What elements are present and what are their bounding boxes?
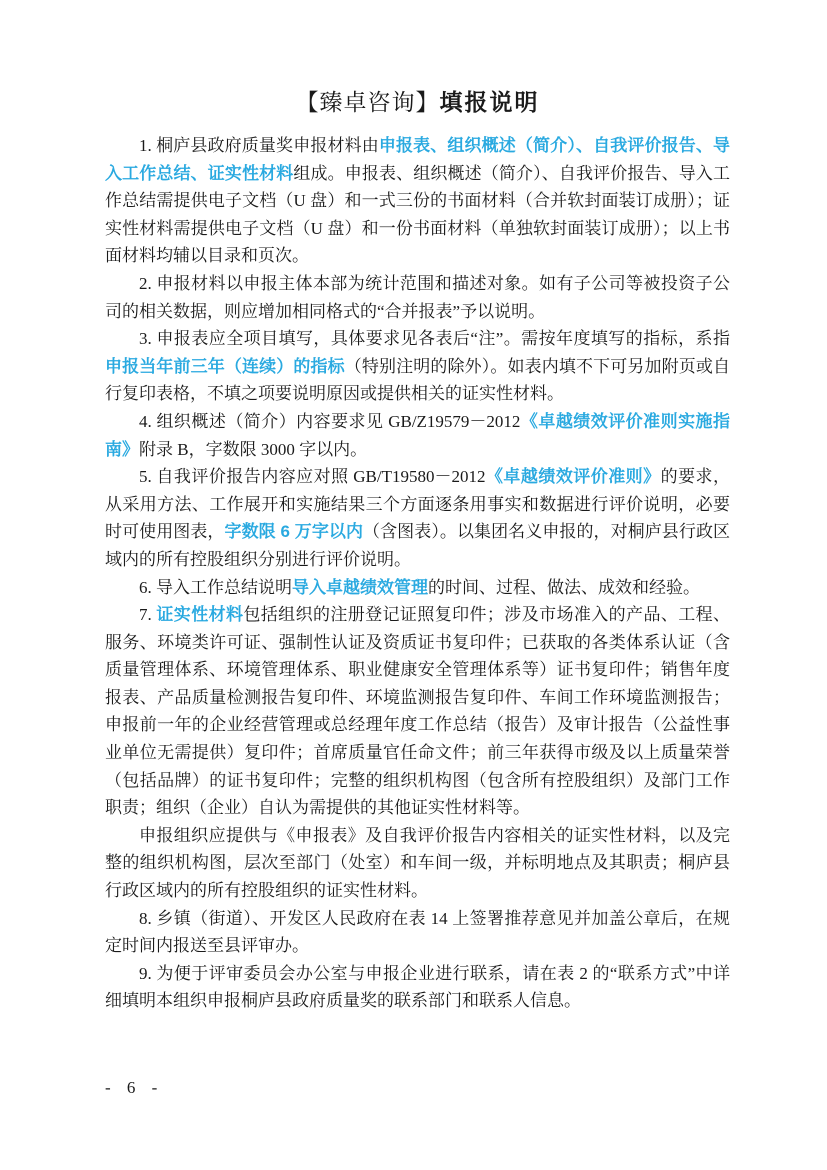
body-text: 4. 组织概述（简介）内容要求见 GB/Z19579－2012 <box>139 412 520 431</box>
body-text: 5. 自我评价报告内容应对照 GB/T19580－2012 <box>139 467 486 486</box>
highlighted-text: 字数限 6 万字以内 <box>225 522 364 541</box>
body-text: 的时间、过程、做法、成效和经验。 <box>428 578 700 597</box>
body-text: 6. 导入工作总结说明 <box>139 578 292 597</box>
page-number: - 6 - <box>105 1078 163 1098</box>
body-text: 8. 乡镇（街道）、开发区人民政府在表 14 上签署推荐意见并加盖公章后，在规定… <box>105 909 730 956</box>
paragraph: 8. 乡镇（街道）、开发区人民政府在表 14 上签署推荐意见并加盖公章后，在规定… <box>105 905 730 960</box>
document-page: 【臻卓咨询】填报说明 1. 桐庐县政府质量奖申报材料由申报表、组织概述（简介）、… <box>0 0 827 1170</box>
body-text: 附录 B，字数限 3000 字以内。 <box>139 440 367 459</box>
paragraph: 2. 申报材料以申报主体本部为统计范围和描述对象。如有子公司等被投资子公司的相关… <box>105 270 730 325</box>
paragraph: 1. 桐庐县政府质量奖申报材料由申报表、组织概述（简介）、自我评价报告、导入工作… <box>105 132 730 270</box>
body-text: 2. 申报材料以申报主体本部为统计范围和描述对象。如有子公司等被投资子公司的相关… <box>105 274 730 321</box>
highlighted-text: 证实性材料 <box>156 605 243 624</box>
body-text: 申报组织应提供与《申报表》及自我评价报告内容相关的证实性材料，以及完整的组织机构… <box>105 826 730 900</box>
paragraph: 7. 证实性材料包括组织的注册登记证照复印件；涉及市场准入的产品、工程、服务、环… <box>105 601 730 822</box>
title-main: 填报说明 <box>440 89 540 115</box>
highlighted-text: 导入卓越绩效管理 <box>292 578 428 597</box>
page-title: 【臻卓咨询】填报说明 <box>105 86 730 119</box>
title-brand: 【臻卓咨询】 <box>296 90 440 115</box>
paragraph: 申报组织应提供与《申报表》及自我评价报告内容相关的证实性材料，以及完整的组织机构… <box>105 822 730 905</box>
paragraph: 9. 为便于评审委员会办公室与申报企业进行联系，请在表 2 的“联系方式”中详细… <box>105 960 730 1015</box>
paragraph: 3. 申报表应全项目填写，具体要求见各表后“注”。需按年度填写的指标，系指申报当… <box>105 325 730 408</box>
highlighted-text: 《卓越绩效评价准则》 <box>486 467 661 486</box>
paragraph: 4. 组织概述（简介）内容要求见 GB/Z19579－2012《卓越绩效评价准则… <box>105 408 730 463</box>
body-text: 9. 为便于评审委员会办公室与申报企业进行联系，请在表 2 的“联系方式”中详细… <box>105 964 730 1011</box>
body-text: 7. <box>139 605 156 624</box>
highlighted-text: 申报当年前三年（连续）的指标 <box>105 357 345 376</box>
paragraph: 5. 自我评价报告内容应对照 GB/T19580－2012《卓越绩效评价准则》的… <box>105 463 730 573</box>
document-body: 1. 桐庐县政府质量奖申报材料由申报表、组织概述（简介）、自我评价报告、导入工作… <box>105 132 730 1015</box>
body-text: 包括组织的注册登记证照复印件；涉及市场准入的产品、工程、服务、环境类许可证、强制… <box>105 605 730 817</box>
paragraph: 6. 导入工作总结说明导入卓越绩效管理的时间、过程、做法、成效和经验。 <box>105 574 730 602</box>
body-text: 3. 申报表应全项目填写，具体要求见各表后“注”。需按年度填写的指标，系指 <box>139 329 730 348</box>
body-text: 1. 桐庐县政府质量奖申报材料由 <box>139 136 379 155</box>
